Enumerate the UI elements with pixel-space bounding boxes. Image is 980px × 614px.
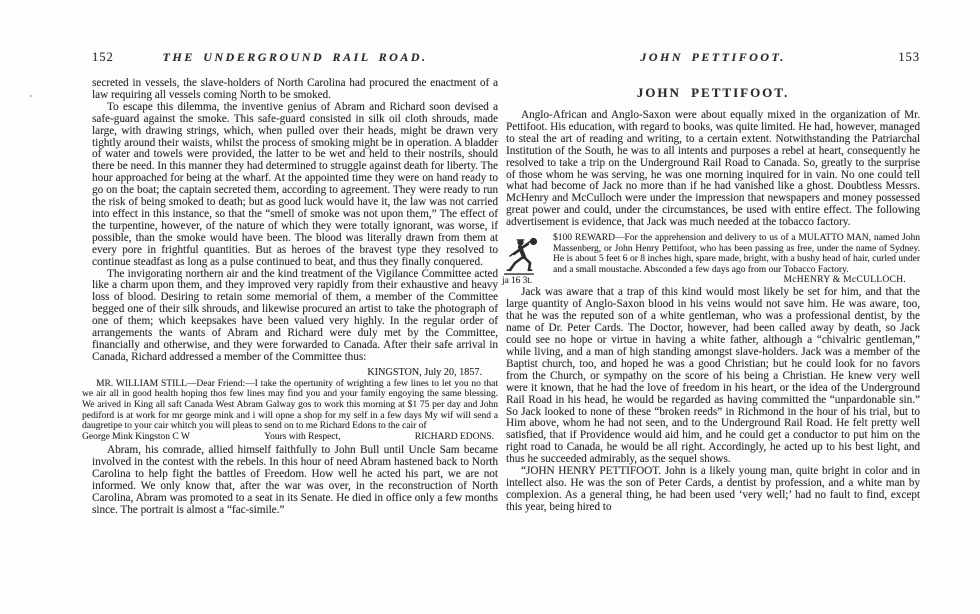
right-paragraph-intro: Anglo-African and Anglo-Saxon were about… — [506, 110, 920, 229]
letter-closing-line: George Mink Kingston C W Yours with Resp… — [82, 432, 498, 443]
left-running-head: 152 THE UNDERGROUND RAIL ROAD. — [92, 50, 498, 65]
letter-closing-place: George Mink Kingston C W — [82, 432, 190, 443]
left-paragraph-vigilance-committee: The invigorating northern air and the ki… — [92, 269, 498, 364]
advertisement-body: $100 REWARD—For the apprehension and del… — [553, 233, 920, 275]
right-paragraph-pettifoot-quote: “JOHN HENRY PETTIFOOT. John is a likely … — [506, 466, 920, 514]
richard-edons-letter: MR. WILLIAM STILL—Dear Friend:—I take th… — [82, 379, 498, 443]
right-running-head: JOHN PETTIFOOT. 153 — [506, 50, 920, 65]
right-paragraph-jack-aware: Jack was aware that a trap of this kind … — [506, 287, 920, 466]
chapter-title: JOHN PETTIFOOT. — [506, 85, 920, 101]
advertisement-signature: McHENRY & McCULLOCH. — [783, 275, 920, 286]
runaway-figure-icon — [500, 235, 546, 276]
left-paragraph-continuation: secreted in vessels, the slave-holders o… — [92, 78, 498, 102]
left-paragraph-escape-dilemma: To escape this dilemma, the inventive ge… — [92, 102, 498, 269]
book-scan-spread: { "left_page": { "folio": "152", "runnin… — [0, 0, 980, 614]
letter-body: MR. WILLIAM STILL—Dear Friend:—I take th… — [82, 379, 498, 432]
letter-closing-salutation: Yours with Respect, — [264, 432, 340, 443]
letter-dateline: KINGSTON, July 20, 1857. — [92, 367, 498, 378]
binding-speckle-marks — [30, 95, 32, 97]
left-page-number: 152 — [92, 50, 138, 65]
left-paragraph-abram-closing: Abram, his comrade, allied himself faith… — [92, 445, 498, 516]
advertisement-text: $100 REWARD—For the apprehension and del… — [500, 233, 920, 275]
right-running-title: JOHN PETTIFOOT. — [552, 50, 874, 65]
left-running-title: THE UNDERGROUND RAIL ROAD. — [138, 50, 452, 65]
right-page-number: 153 — [874, 50, 920, 65]
reward-advertisement: $100 REWARD—For the apprehension and del… — [500, 233, 920, 286]
right-page: JOHN PETTIFOOT. 153 JOHN PETTIFOOT. Angl… — [506, 50, 920, 514]
left-page: 152 THE UNDERGROUND RAIL ROAD. secreted … — [92, 50, 498, 517]
letter-signature: RICHARD EDONS. — [415, 432, 494, 443]
